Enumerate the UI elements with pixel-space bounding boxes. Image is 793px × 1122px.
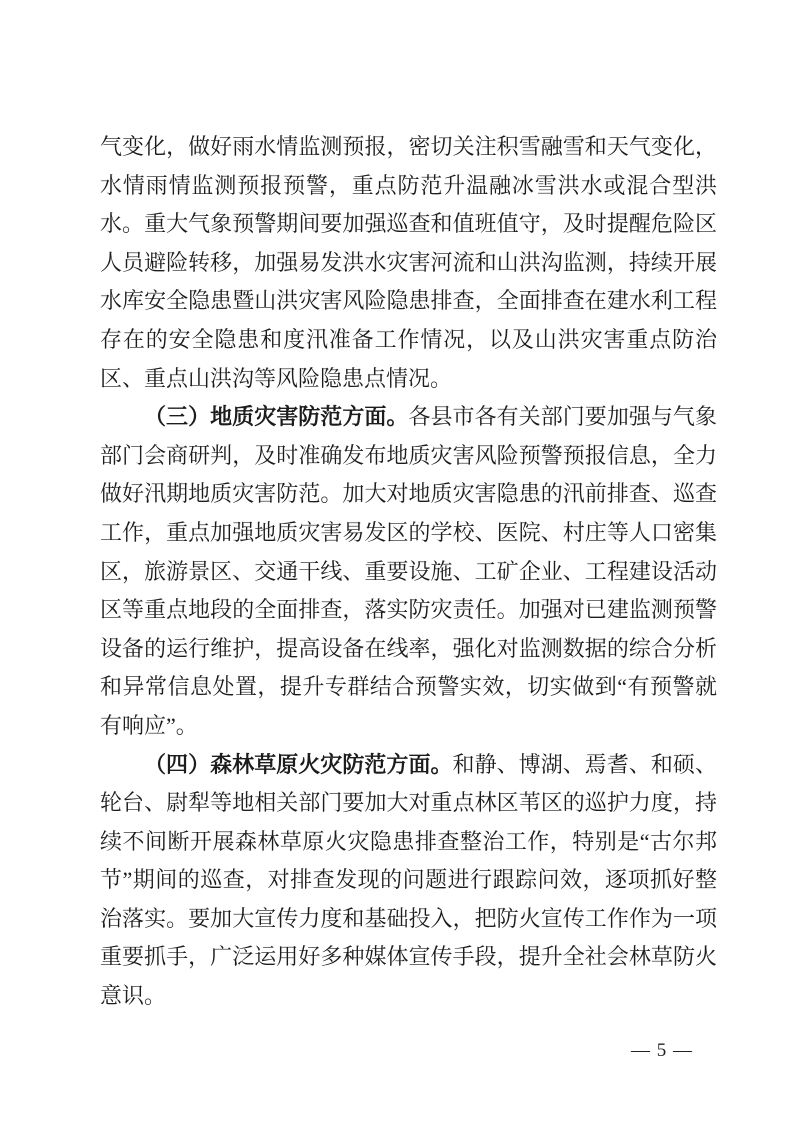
paragraph-section-4: （四）森林草原火灾防范方面。和静、博湖、焉耆、和硕、轮台、尉犁等地相关部门要加大… [100, 746, 717, 1016]
paragraph-continuation: 气变化，做好雨水情监测预报，密切关注积雪融雪和天气变化，水情雨情监测预报预警，重… [100, 128, 717, 398]
section-4-heading: （四）森林草原火灾防范方面。 [144, 752, 453, 777]
paragraph-text: 和静、博湖、焉耆、和硕、轮台、尉犁等地相关部门要加大对重点林区苇区的巡护力度，持… [100, 752, 717, 1009]
document-body-text: 气变化，做好雨水情监测预报，密切关注积雪融雪和天气变化，水情雨情监测预报预警，重… [100, 128, 717, 1016]
document-page: 气变化，做好雨水情监测预报，密切关注积雪融雪和天气变化，水情雨情监测预报预警，重… [0, 0, 793, 1122]
paragraph-text: 各县市各有关部门要加强与气象部门会商研判，及时准确发布地质灾害风险预警预报信息，… [100, 404, 717, 738]
section-3-heading: （三）地质灾害防范方面。 [144, 404, 408, 429]
page-number: — 5 — [631, 1040, 693, 1062]
paragraph-text: 气变化，做好雨水情监测预报，密切关注积雪融雪和天气变化，水情雨情监测预报预警，重… [100, 134, 717, 391]
paragraph-section-3: （三）地质灾害防范方面。各县市各有关部门要加强与气象部门会商研判，及时准确发布地… [100, 398, 717, 745]
